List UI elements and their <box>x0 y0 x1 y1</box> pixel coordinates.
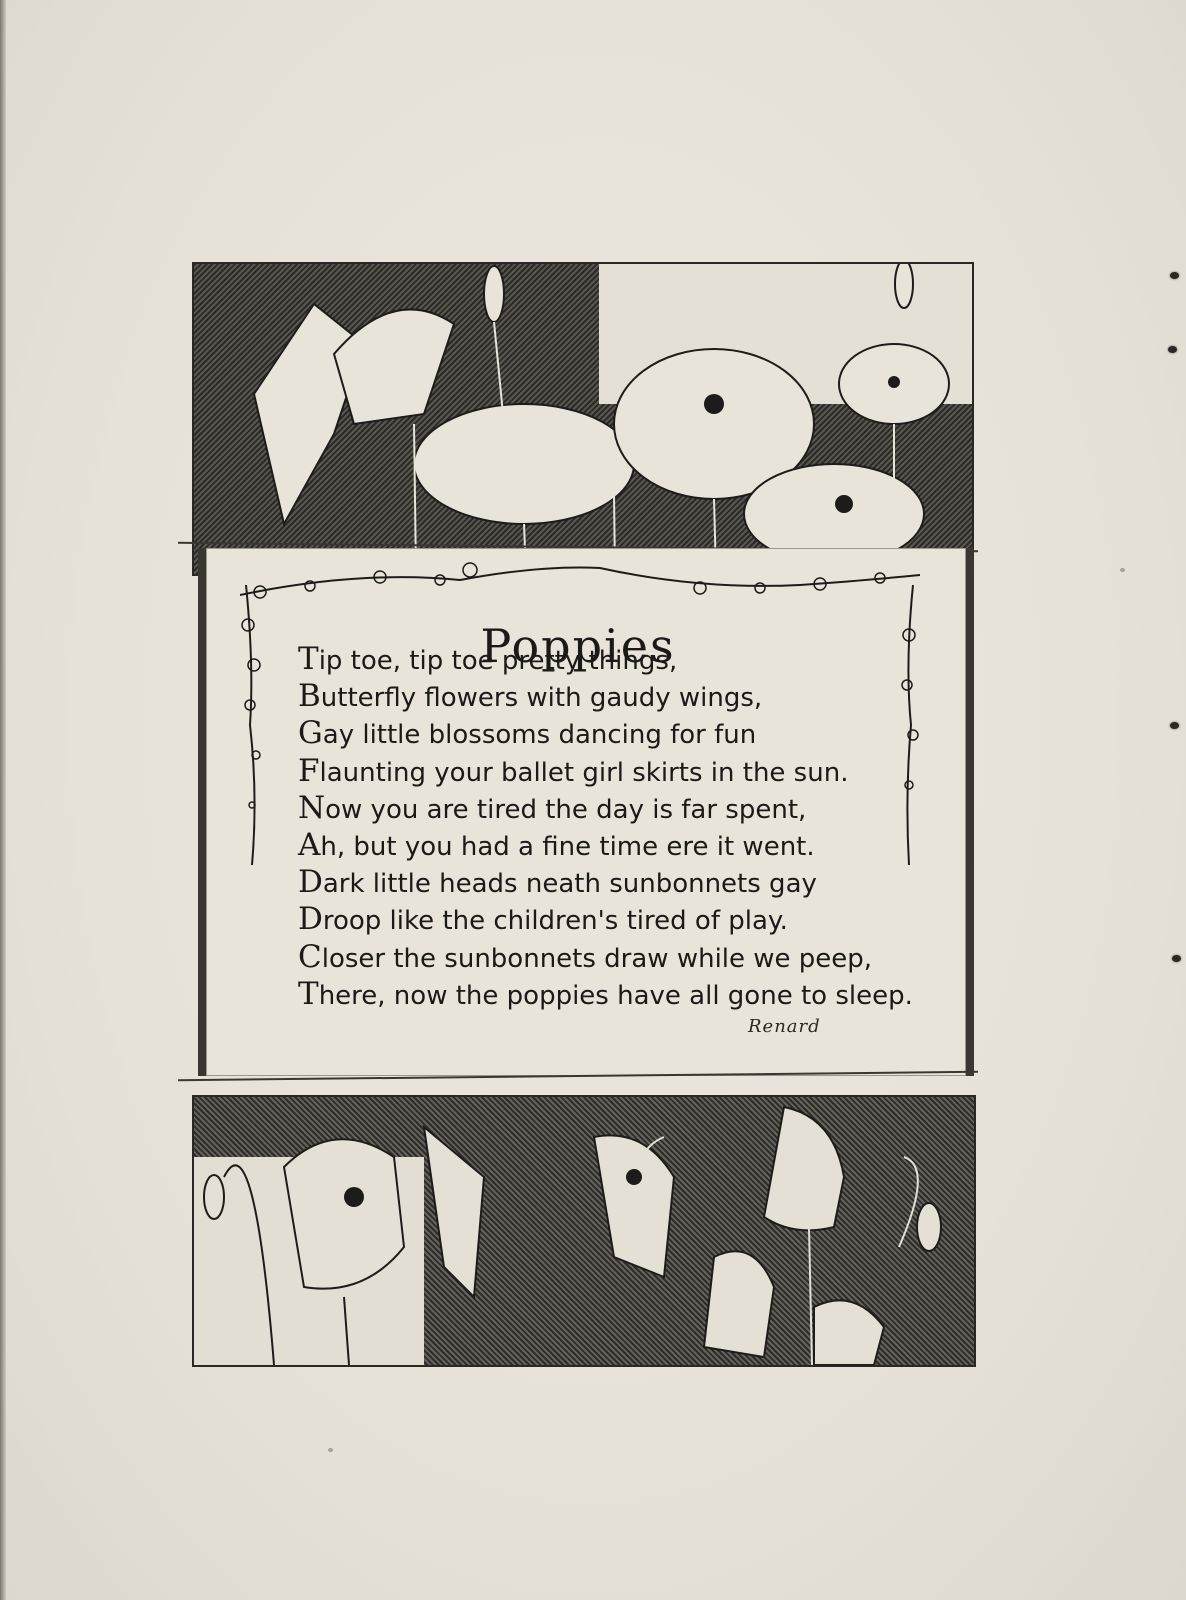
line-text: here, now the poppies have all gone to s… <box>319 981 913 1011</box>
line-text: utterfly flowers with gaudy wings, <box>321 683 762 713</box>
poem-line: Ah, but you had a fine time ere it went. <box>298 828 938 865</box>
line-text: ark little heads neath sunbonnets gay <box>323 869 817 899</box>
drop-initial: D <box>298 901 323 937</box>
drop-initial: D <box>298 864 323 900</box>
page-edge <box>0 0 6 1600</box>
drop-initial: T <box>298 976 319 1012</box>
drop-initial: G <box>298 715 323 751</box>
drop-initial: B <box>298 678 321 714</box>
drop-initial: C <box>298 939 322 975</box>
line-text: roop like the children's tired of play. <box>323 906 788 936</box>
poem-line: Dark little heads neath sunbonnets gay <box>298 865 938 902</box>
poem-line: Gay little blossoms dancing for fun <box>298 716 938 753</box>
line-text: ip toe, tip toe pretty things, <box>319 646 678 676</box>
top-poppy-illustration <box>192 262 974 576</box>
poem-line: Now you are tired the day is far spent, <box>298 791 938 828</box>
drop-initial: T <box>298 641 319 677</box>
drop-initial: F <box>298 753 320 789</box>
poem-line: There, now the poppies have all gone to … <box>298 977 938 1014</box>
line-text: h, but you had a fine time ere it went. <box>320 832 814 862</box>
hanging-vine-icon <box>232 585 272 865</box>
binding-hole <box>1170 272 1179 279</box>
binding-hole <box>1172 955 1181 962</box>
poem-line: Butterfly flowers with gaudy wings, <box>298 679 938 716</box>
line-text: ay little blossoms dancing for fun <box>323 720 756 750</box>
bottom-poppy-illustration <box>192 1095 976 1367</box>
binding-hole <box>1170 722 1179 729</box>
line-text: loser the sunbonnets draw while we peep, <box>322 944 872 974</box>
line-text: launting your ballet girl skirts in the … <box>320 758 849 788</box>
paper-speck <box>1120 568 1125 572</box>
artist-signature: Renard <box>748 1016 821 1037</box>
poem-line: Closer the sunbonnets draw while we peep… <box>298 940 938 977</box>
poem-body: Tip toe, tip toe pretty things, Butterfl… <box>298 642 938 1014</box>
poppy-blossoms-icon <box>194 264 972 574</box>
poem-line: Flaunting your ballet girl skirts in the… <box>298 754 938 791</box>
binding-hole <box>1168 346 1177 353</box>
poem-line: Tip toe, tip toe pretty things, <box>298 642 938 679</box>
line-text: ow you are tired the day is far spent, <box>325 795 806 825</box>
drooping-poppies-icon <box>194 1097 974 1365</box>
drop-initial: N <box>298 790 325 826</box>
paper-speck <box>328 1448 333 1452</box>
book-page: Poppies Tip toe, tip toe pretty things, … <box>0 0 1186 1600</box>
drop-initial: A <box>298 827 320 863</box>
floral-garland-icon <box>240 560 920 620</box>
poem-line: Droop like the children's tired of play. <box>298 902 938 939</box>
